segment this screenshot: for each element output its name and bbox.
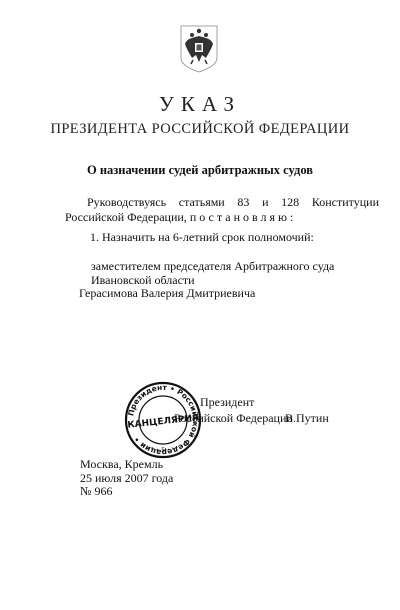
document-issuer: ПРЕЗИДЕНТА РОССИЙСКОЙ ФЕДЕРАЦИИ bbox=[0, 121, 400, 138]
decree-word: постановляю: bbox=[190, 210, 297, 224]
item-number: 1. bbox=[90, 230, 99, 244]
position-line-2: Ивановской области bbox=[64, 274, 334, 288]
document-subject: О назначении судей арбитражных судов bbox=[0, 163, 400, 178]
appointee-name: Герасимова Валерия Дмитриевича bbox=[64, 287, 334, 301]
issue-details: Москва, Кремль 25 июля 2007 года № 966 bbox=[80, 458, 173, 499]
issue-date: 25 июля 2007 года bbox=[80, 472, 173, 486]
issue-place: Москва, Кремль bbox=[80, 458, 173, 472]
signature-title-line-1: Президент bbox=[200, 395, 254, 410]
item-1: 1. Назначить на 6-летний срок полномочий… bbox=[90, 230, 314, 245]
document-title: УКАЗ bbox=[0, 92, 400, 117]
signature-title-line-2: Российской Федерации bbox=[174, 411, 293, 426]
signatory-name: В.Путин bbox=[285, 411, 329, 426]
preamble: Руководствуясь статьями 83 и 128 Констит… bbox=[65, 195, 379, 225]
appointment-block: заместителем председателя Арбитражного с… bbox=[64, 260, 334, 301]
item-text: Назначить на 6-летний срок полномочий: bbox=[102, 230, 314, 244]
coat-of-arms-icon bbox=[178, 22, 220, 74]
position-line-1: заместителем председателя Арбитражного с… bbox=[64, 260, 334, 274]
decree-number: № 966 bbox=[80, 485, 173, 499]
svg-text:• 5 •: • 5 • bbox=[156, 447, 171, 454]
